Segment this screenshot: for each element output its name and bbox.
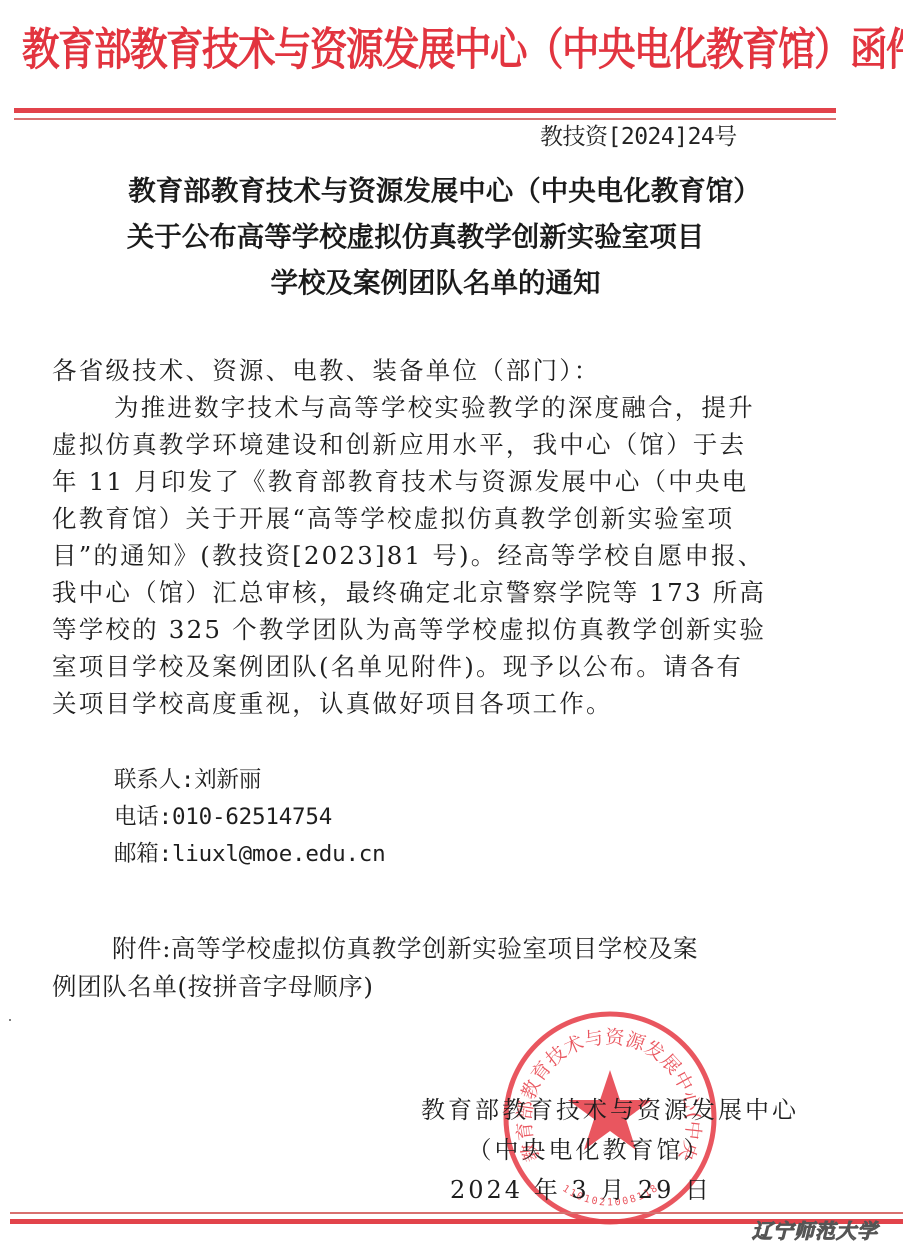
- letterhead-rule-thick: [14, 108, 836, 113]
- attachment-note: 附件:高等学校虚拟仿真教学创新实验室项目学校及案 例团队名单(按拼音字母顺序): [52, 930, 812, 1006]
- body-line: 我中心（馆）汇总审核，最终确定北京警察学院等 173 所高: [52, 574, 797, 611]
- letterhead-title: 教育部教育技术与资源发展中心（中央电化教育馆）函件: [0, 14, 903, 85]
- document-body: 各省级技术、资源、电教、装备单位（部门）： 为推进数字技术与高等学校实验教学的深…: [52, 352, 797, 722]
- body-line: 目”的通知》(教技资[2023]81 号)。经高等学校自愿申报、: [52, 537, 797, 574]
- footer-rule-thin: [10, 1212, 903, 1214]
- body-line: 为推进数字技术与高等学校实验教学的深度融合，提升: [52, 389, 797, 426]
- document-number: 教技资[2024]24号: [540, 120, 737, 154]
- body-line: 年 11 月印发了《教育部教育技术与资源发展中心（中央电: [52, 463, 797, 500]
- body-line: 化教育馆）关于开展“高等学校虚拟仿真教学创新实验室项: [52, 500, 797, 537]
- document-title: 教育部教育技术与资源发展中心（中央电化教育馆） 关于公布高等学校虚拟仿真教学创新…: [0, 168, 903, 306]
- attachment-line-1: 附件:高等学校虚拟仿真教学创新实验室项目学校及案: [52, 930, 812, 968]
- watermark: 辽宁师范大学: [752, 1218, 878, 1244]
- signature-organization: 教育部教育技术与资源发展中心: [380, 1090, 840, 1130]
- contact-phone: 电话:010-62514754: [114, 799, 386, 836]
- contact-email: 邮箱:liuxl@moe.edu.cn: [114, 836, 386, 873]
- attachment-line-2: 例团队名单(按拼音字母顺序): [52, 968, 812, 1006]
- signature-block: 教育部教育技术与资源发展中心 （中央电化教育馆） 2024 年 3 月 29 日: [380, 1090, 840, 1210]
- title-line-1: 教育部教育技术与资源发展中心（中央电化教育馆）: [0, 168, 903, 214]
- scan-speck: [9, 1019, 11, 1021]
- body-line: 关项目学校高度重视，认真做好项目各项工作。: [52, 685, 797, 722]
- contact-person: 联系人:刘新丽: [114, 762, 386, 799]
- title-line-2: 关于公布高等学校虚拟仿真教学创新实验室项目: [0, 214, 903, 260]
- title-line-3: 学校及案例团队名单的通知: [0, 260, 903, 306]
- body-line: 等学校的 325 个教学团队为高等学校虚拟仿真教学创新实验: [52, 611, 797, 648]
- body-line: 室项目学校及案例团队(名单见附件)。现予以公布。请各有: [52, 648, 797, 685]
- contact-block: 联系人:刘新丽 电话:010-62514754 邮箱:liuxl@moe.edu…: [114, 762, 386, 873]
- salutation: 各省级技术、资源、电教、装备单位（部门）：: [52, 352, 797, 389]
- signature-date: 2024 年 3 月 29 日: [322, 1170, 840, 1210]
- body-line: 虚拟仿真教学环境建设和创新应用水平，我中心（馆）于去: [52, 426, 797, 463]
- signature-organization-alt: （中央电化教育馆）: [338, 1130, 840, 1170]
